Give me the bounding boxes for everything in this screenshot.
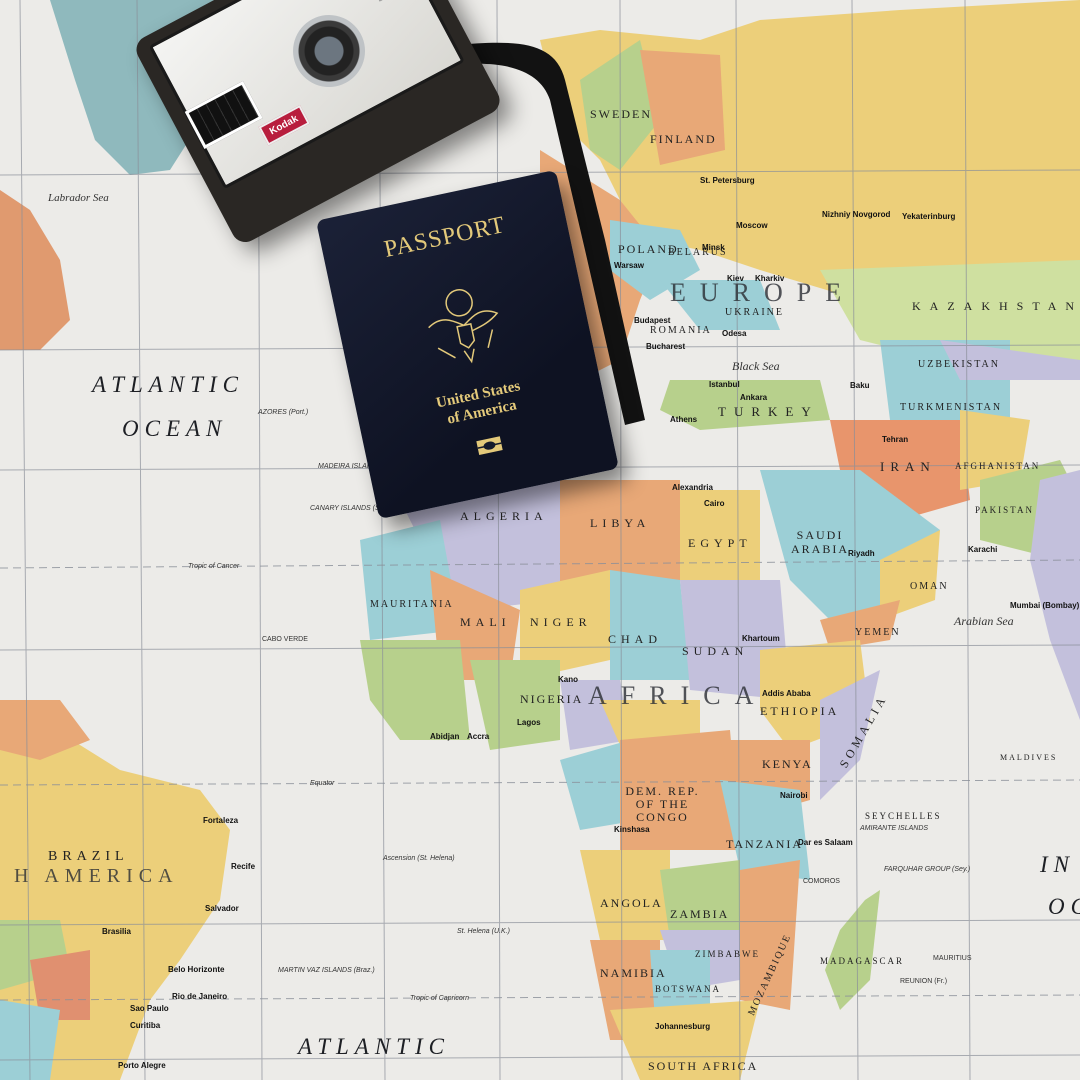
city-label-cairo: Cairo [704, 500, 724, 508]
city-label-nizhniy-novgorod: Nizhniy Novgorod [822, 211, 890, 219]
country-label-afghanistan: AFGHANISTAN [955, 462, 1040, 471]
city-label-curitiba: Curitiba [130, 1022, 160, 1030]
city-label-mumbai: Mumbai (Bombay) [1010, 602, 1079, 610]
ocean-label-indian-2: OC [1048, 895, 1080, 918]
island-label-cabo-verde: CABO VERDE [262, 636, 308, 643]
country-label-tanzania: TANZANIA [726, 838, 803, 850]
country-label-algeria: ALGERIA [460, 510, 548, 522]
ocean-label-indian: IN [1040, 853, 1075, 876]
island-label-comoros: COMOROS [803, 878, 840, 885]
country-label-niger: NIGER [530, 616, 592, 628]
ocean-label-atlantic-south: ATLANTIC [298, 1035, 450, 1058]
country-label-drc: DEM. REP. OF THE CONGO [625, 785, 700, 824]
city-label-khartoum: Khartoum [742, 635, 780, 643]
country-label-kazakhstan: KAZAKHSTAN [912, 300, 1080, 312]
city-label-brasilia: Brasilia [102, 928, 131, 936]
line-label-equator: Equator [310, 780, 335, 787]
city-label-kiev: Kiev [727, 275, 744, 283]
city-label-ankara: Ankara [740, 394, 767, 402]
country-label-zambia: ZAMBIA [670, 908, 729, 920]
city-label-kano: Kano [558, 676, 578, 684]
city-label-dar-es-salaam: Dar es Salaam [798, 839, 853, 847]
country-label-zimbabwe: ZIMBABWE [695, 950, 760, 959]
city-label-st-petersburg: St. Petersburg [700, 177, 755, 185]
city-label-baku: Baku [850, 382, 870, 390]
city-label-kinshasa: Kinshasa [614, 826, 650, 834]
city-label-istanbul: Istanbul [709, 381, 740, 389]
viewfinder-icon [369, 0, 406, 1]
island-label-azores: AZORES (Port.) [258, 409, 308, 416]
city-label-addis-ababa: Addis Ababa [762, 690, 811, 698]
passport-country: United States of America [357, 361, 604, 447]
city-label-sao-paulo: Sao Paulo [130, 1005, 169, 1013]
lens-icon [280, 2, 377, 99]
city-label-riyadh: Riyadh [848, 550, 875, 558]
country-label-libya: LIBYA [590, 517, 650, 529]
city-label-karachi: Karachi [968, 546, 997, 554]
country-label-iran: IRAN [880, 460, 936, 473]
line-label-tropic-capricorn: Tropic of Capricorn [410, 995, 469, 1002]
line-label-tropic-cancer: Tropic of Cancer [188, 563, 239, 570]
country-label-egypt: EGYPT [688, 537, 752, 549]
city-label-fortaleza: Fortaleza [203, 817, 238, 825]
country-label-south-africa: SOUTH AFRICA [648, 1060, 758, 1072]
city-label-recife: Recife [231, 863, 255, 871]
country-label-pakistan: PAKISTAN [975, 506, 1034, 515]
country-label-turkmenistan: TURKMENISTAN [900, 403, 1002, 413]
island-label-mauritius: MAURITIUS [933, 955, 972, 962]
city-label-salvador: Salvador [205, 905, 239, 913]
city-label-abidjan: Abidjan [430, 733, 459, 741]
country-label-chad: CHAD [608, 633, 662, 645]
country-label-nigeria: NIGERIA [520, 693, 583, 705]
continent-label-africa: AFRICA [588, 683, 767, 709]
city-label-minsk: Minsk [702, 244, 725, 252]
country-label-angola: ANGOLA [600, 897, 663, 909]
country-label-ethiopia: ETHIOPIA [760, 705, 839, 717]
city-label-tehran: Tehran [882, 436, 908, 444]
city-label-belo-horizonte: Belo Horizonte [168, 966, 224, 974]
country-label-yemen: YEMEN [855, 628, 901, 638]
island-label-reunion: REUNION (Fr.) [900, 978, 947, 985]
sea-label-black: Black Sea [732, 360, 780, 372]
kodak-badge: Kodak [258, 105, 309, 145]
country-label-botswana: BOTSWANA [655, 985, 721, 994]
biometric-chip-icon [475, 435, 504, 456]
sea-label-labrador: Labrador Sea [48, 193, 109, 204]
country-label-seychelles: SEYCHELLES [865, 812, 942, 821]
country-label-uzbekistan: UZBEKISTAN [918, 360, 1000, 370]
ocean-label-ocean: OCEAN [122, 417, 227, 440]
city-label-lagos: Lagos [517, 719, 541, 727]
country-label-saudi-arabia: SAUDI ARABIA [790, 528, 850, 556]
country-label-ukraine: UKRAINE [725, 308, 784, 318]
city-label-kharkiv: Kharkiv [755, 275, 784, 283]
island-label-ascension: Ascension (St. Helena) [383, 855, 455, 862]
country-label-kenya: KENYA [762, 758, 813, 770]
island-label-farquhar: FARQUHAR GROUP (Sey.) [884, 866, 970, 873]
country-label-madagascar: MADAGASCAR [820, 957, 904, 966]
country-label-maldives: MALDIVES [1000, 754, 1057, 762]
city-label-yekaterinburg: Yekaterinburg [902, 213, 955, 221]
island-label-st-helena: St. Helena (U.K.) [457, 928, 510, 935]
country-label-mali: MALI [460, 616, 511, 628]
continent-label-europe: EUROPE [670, 280, 855, 306]
city-label-porto-alegre: Porto Alegre [118, 1062, 166, 1070]
country-label-turkey: TURKEY [718, 405, 819, 418]
country-label-namibia: NAMIBIA [600, 967, 667, 979]
country-label-brazil: BRAZIL [48, 850, 129, 864]
island-label-amirante: AMIRANTE ISLANDS [860, 825, 928, 832]
city-label-rio-de-janeiro: Rio de Janeiro [172, 993, 227, 1001]
photo-scene: ATLANTIC OCEAN ATLANTIC IN OC EUROPE AFR… [0, 0, 1080, 1080]
city-label-nairobi: Nairobi [780, 792, 808, 800]
island-label-martin-vaz: MARTIN VAZ ISLANDS (Braz.) [278, 967, 375, 974]
ocean-label-atlantic: ATLANTIC [92, 373, 244, 396]
continent-label-america: H AMERICA [14, 866, 179, 886]
city-label-johannesburg: Johannesburg [655, 1023, 710, 1031]
passport-title: PASSPORT [322, 199, 567, 276]
country-label-oman: OMAN [910, 582, 949, 592]
city-label-alexandria: Alexandria [672, 484, 713, 492]
city-label-moscow: Moscow [736, 222, 768, 230]
city-label-odesa: Odesa [722, 330, 746, 338]
country-label-mauritania: MAURITANIA [370, 600, 454, 610]
city-label-accra: Accra [467, 733, 489, 741]
sea-label-arabian: Arabian Sea [954, 615, 1014, 627]
country-label-sudan: SUDAN [682, 645, 748, 657]
city-label-athens: Athens [670, 416, 697, 424]
eagle-seal-icon [411, 272, 518, 379]
